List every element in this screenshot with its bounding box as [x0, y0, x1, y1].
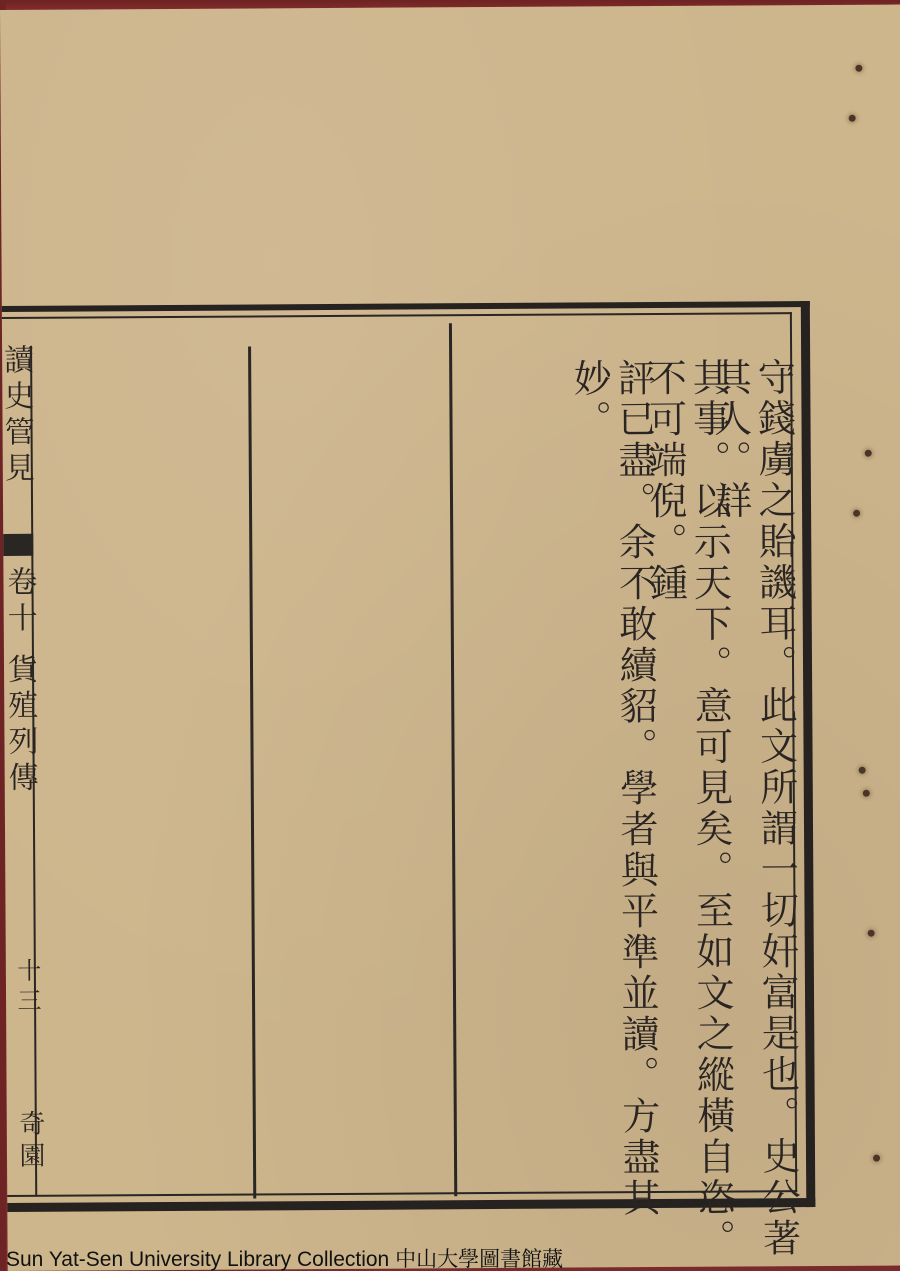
margin-publisher-mark: 奇園 [13, 1110, 47, 1174]
binding-hole-icon [849, 115, 856, 122]
margin-book-title: 讀史管見 [0, 344, 33, 488]
binding-hole-icon [859, 767, 866, 774]
margin-chapter-title: 卷十 貨殖列傳 [1, 566, 36, 798]
binding-hole-icon [863, 790, 870, 797]
binding-hole-icon [873, 1155, 880, 1162]
margin-page-number: 十三 [10, 958, 44, 1018]
library-collection-caption: Sun Yat-Sen University Library Collectio… [6, 1243, 563, 1271]
margin-fishtail-block [3, 534, 33, 556]
binding-hole-icon [853, 510, 860, 517]
binding-hole-icon [865, 450, 872, 457]
text-column-3: 評已盡。余不敢續貂。學者與平準並讀。方盡其妙。 [567, 358, 661, 1268]
page-paper: 讀史管見 卷十 貨殖列傳 十三 奇園 守錢虜之貽譏耳。此文所謂一切奸富是也。史公… [0, 5, 900, 1271]
binding-hole-icon [868, 930, 875, 937]
binding-hole-icon [855, 65, 862, 72]
